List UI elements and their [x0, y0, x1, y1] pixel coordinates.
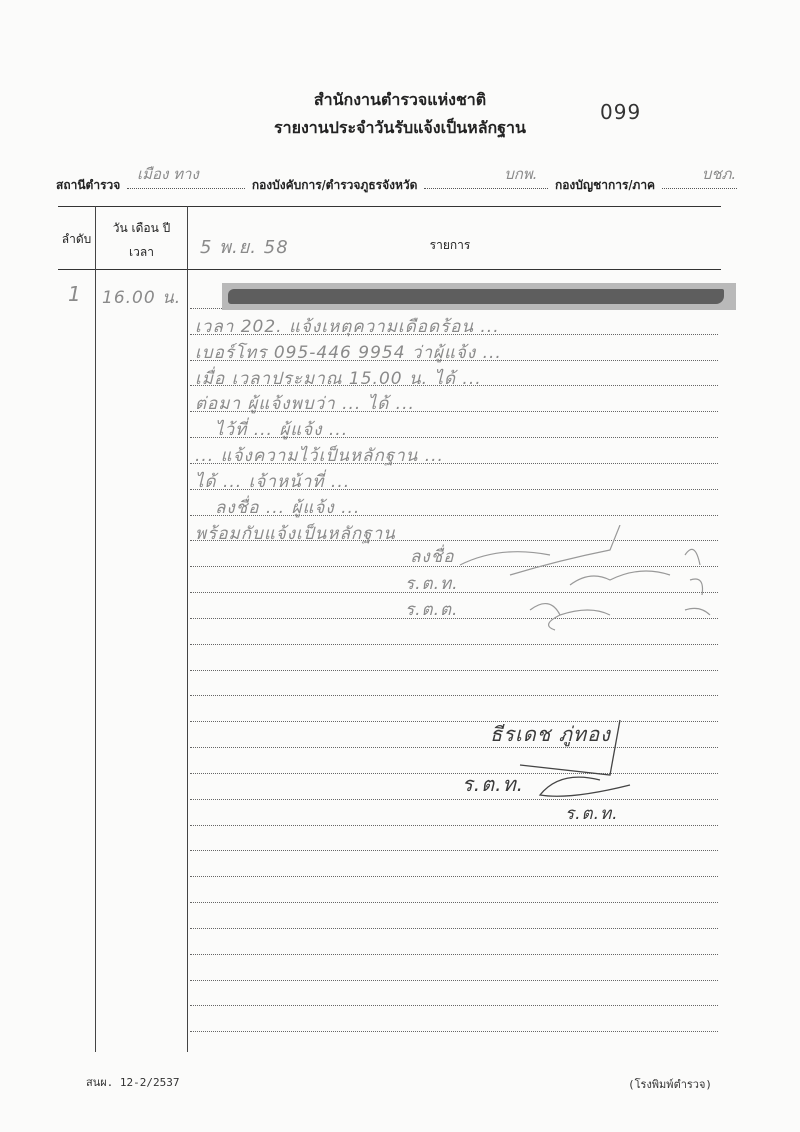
- entry-line: ... แจ้งความไว้เป็นหลักฐาน ...: [195, 442, 444, 469]
- region-label: กองบัญชาการ/ภาค: [555, 178, 655, 192]
- officer-signature-scribble: [480, 700, 660, 810]
- province-command-label: กองบังคับการ/ตำรวจภูธรจังหวัด: [252, 178, 418, 192]
- region-value: บชภ.: [702, 162, 736, 186]
- entry-line: ไว้ที่ ... ผู้แจ้ง ...: [215, 416, 348, 443]
- station-label: สถานีตำรวจ: [56, 178, 120, 192]
- entry-order: 1: [68, 282, 82, 306]
- province-command-field[interactable]: บกพ.: [424, 178, 548, 189]
- station-value: เมือง ทาง: [137, 162, 199, 186]
- entry-line: เวลา 202. แจ้งเหตุความเดือดร้อน ...: [195, 313, 500, 340]
- ruled-line: [190, 1031, 718, 1032]
- document-number: 099: [600, 100, 641, 124]
- ruled-line: [190, 928, 718, 929]
- ruled-line: [190, 980, 718, 981]
- printer-name: (โรงพิมพ์ตำรวจ): [628, 1075, 712, 1093]
- column-header-order: ลำดับ: [58, 230, 95, 249]
- ruled-line: [190, 670, 718, 671]
- province-command-value: บกพ.: [504, 162, 537, 186]
- entry-line: เมื่อ เวลาประมาณ 15.00 น. ได้ ...: [195, 365, 482, 392]
- ruled-line: [190, 695, 718, 696]
- table-header-bottom-border: [58, 269, 721, 270]
- form-code: สนผ. 12-2/2537: [86, 1073, 180, 1091]
- entry-time: 16.00 น.: [102, 284, 181, 311]
- station-fields: สถานีตำรวจ เมือง ทาง กองบังคับการ/ตำรวจภ…: [56, 176, 726, 195]
- ruled-line: [190, 644, 718, 645]
- signature-scribbles: [440, 525, 740, 635]
- ruled-line: [190, 825, 718, 826]
- entry-line: ได้ ... เจ้าหน้าที่ ...: [195, 468, 350, 495]
- region-field[interactable]: บชภ.: [662, 178, 737, 189]
- redaction-marker: [228, 289, 724, 304]
- agency-title: สำนักงานตำรวจแห่งชาติ: [0, 88, 800, 113]
- table-top-border: [58, 206, 721, 207]
- column-header-details: รายการ: [415, 236, 485, 255]
- station-field[interactable]: เมือง ทาง: [127, 178, 245, 189]
- ruled-line: [190, 954, 718, 955]
- column-header-time: เวลา: [96, 243, 187, 262]
- column-divider-1: [95, 206, 96, 1052]
- column-divider-2: [187, 206, 188, 1052]
- ruled-line: [190, 902, 718, 903]
- form-title: รายงานประจำวันรับแจ้งเป็นหลักฐาน: [0, 116, 800, 141]
- entry-line: เบอร์โทร 095-446 9954 ว่าผู้แจ้ง ...: [195, 339, 502, 366]
- column-header-date: วัน เดือน ปี: [96, 219, 187, 238]
- ruled-line: [190, 850, 718, 851]
- entry-line: ลงชื่อ ... ผู้แจ้ง ...: [215, 494, 360, 521]
- entry-line: ต่อมา ผู้แจ้งพบว่า ... ได้ ...: [195, 390, 415, 417]
- ruled-line: [190, 876, 718, 877]
- handwritten-date: 5 พ.ย. 58: [200, 232, 289, 261]
- entry-line: พร้อมกับแจ้งเป็นหลักฐาน: [195, 520, 396, 547]
- ruled-line: [190, 1005, 718, 1006]
